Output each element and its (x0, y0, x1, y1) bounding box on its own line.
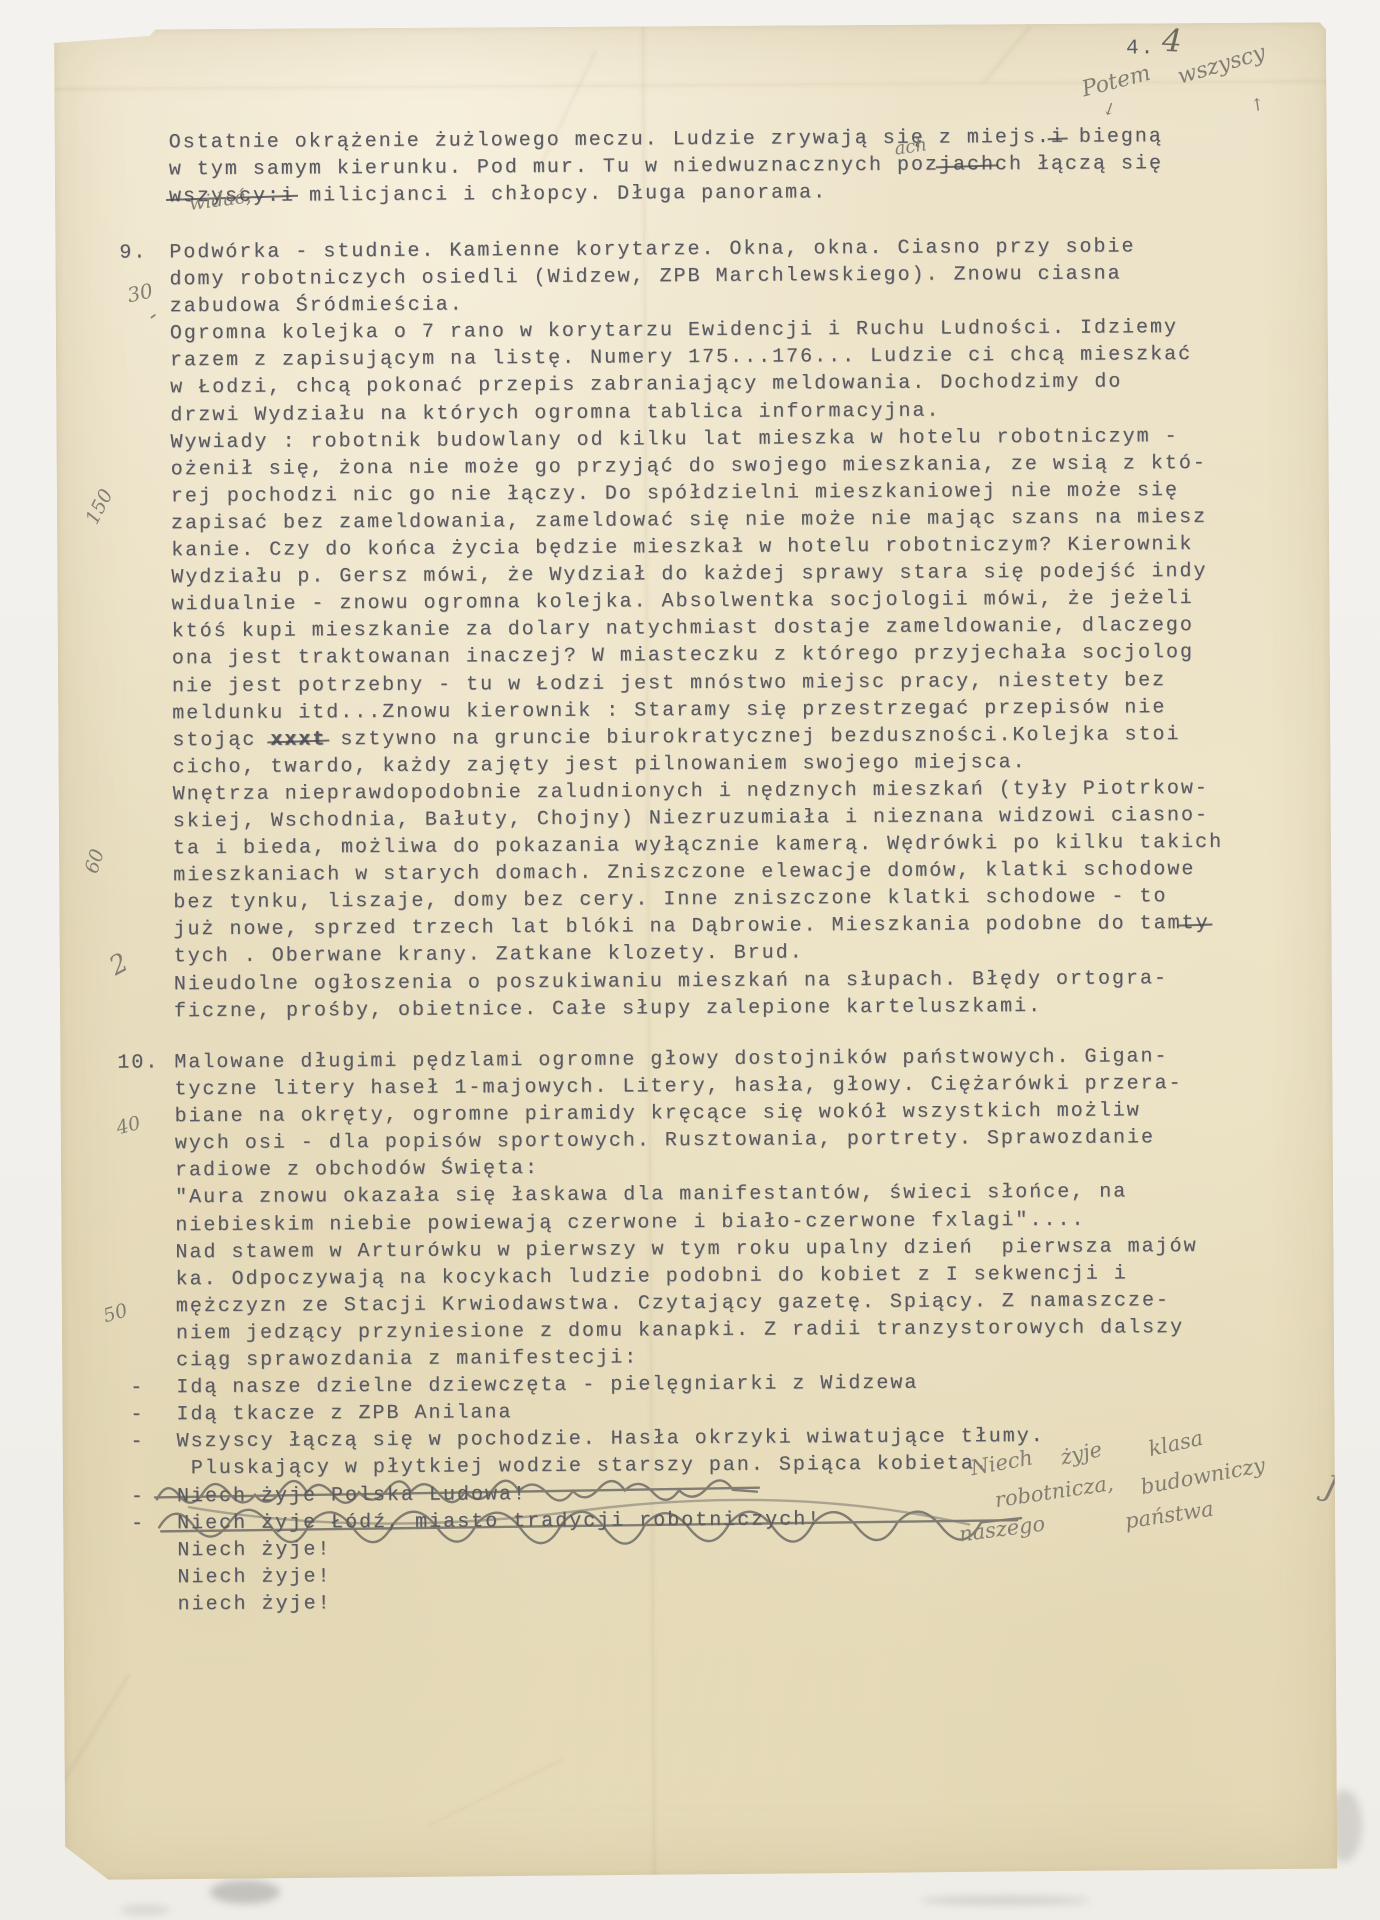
typed-text: xxxt (270, 728, 326, 751)
typed-text: wych osi - dla popisów sportowych. Ruszt… (175, 1127, 1155, 1156)
typed-text: mieszkaniach w starych domach. Zniszczon… (173, 858, 1195, 887)
typed-text: Malowane długimi pędzlami ogromne głowy … (174, 1045, 1168, 1074)
smudge-mark (920, 1896, 1090, 1905)
handwritten-annotation: 50 (101, 1299, 130, 1327)
typed-text: ona jest traktowanan inaczej? W miastecz… (172, 641, 1194, 670)
typed-text: Nieudolne ogłoszenia o poszukiwaniu mies… (174, 967, 1168, 996)
typed-text: Idą nasze dzielne dziewczęta - pielęgnia… (176, 1372, 918, 1400)
typed-text: rej pochodzi nic go nie łączy. Do spółdz… (171, 479, 1179, 508)
smudge-mark (210, 1880, 280, 1904)
typed-text: mężczyzn ze Stacji Krwiodawstwa. Czytają… (176, 1289, 1170, 1318)
typed-text: któś kupi mieszkanie za dolary natychmia… (172, 614, 1194, 643)
typed-text: tyczne litery haseł 1-majowych. Litery, … (174, 1072, 1182, 1101)
line-marker: 10. (117, 1049, 159, 1076)
smudge-mark (120, 1905, 170, 1915)
typed-text: ka. Odpoczywają na kocykach ludzie podob… (176, 1262, 1128, 1291)
typed-line: wszyscy:i milicjanci i chłopcy. Długa pa… (169, 176, 1349, 210)
typed-text: ciąg sprawozdania z manifestecji: (176, 1346, 638, 1372)
typed-text: nie jest potrzebny - tu w Łodzi jest mnó… (172, 669, 1166, 698)
typed-text: tych . Oberwane krany. Zatkane klozety. … (174, 942, 804, 969)
typed-text: milicjanci i chłopcy. Długa panorama. (295, 181, 827, 207)
typed-text: cicho, twardo, każdy zajęty jest pilnowa… (172, 751, 1026, 779)
handwritten-annotation: ↓ (1099, 98, 1119, 122)
page-number-typed: 4. (1126, 37, 1155, 60)
line-marker: - (131, 1510, 145, 1537)
page-number-handwritten: 4 (1161, 23, 1182, 60)
typed-text: stojąc (172, 728, 270, 752)
typed-text: jach (939, 153, 995, 176)
typed-text: drzwi Wydziału na których ogromna tablic… (170, 399, 940, 427)
typed-text: kanie. Czy do końca życia będzie mieszka… (171, 533, 1193, 562)
typed-text: razem z zapisującym na listę. Numery 175… (170, 343, 1192, 372)
typed-text: zapisać bez zameldowania, zameldować się… (171, 506, 1207, 535)
typed-text: w Łodzi, chcą pokonać przepis zabraniają… (170, 371, 1122, 400)
typed-line: ficzne, prośby, obietnice. Całe słupy za… (174, 991, 1354, 1025)
typed-text: niebieskim niebie powiewają czerwone i b… (175, 1208, 1085, 1237)
line-marker: - (130, 1402, 144, 1429)
typed-text: Podwórka - studnie. Kamienne korytarze. … (169, 235, 1135, 264)
typed-text: Ogromna kolejka o 7 rano w korytarzu Ewi… (170, 316, 1178, 345)
typed-text: "Aura znowu okazała się łaskawa dla mani… (175, 1181, 1127, 1210)
typed-text: i (1051, 126, 1065, 149)
typed-text: meldunku itd...Znowu kierownik : Staramy… (172, 696, 1166, 725)
line-marker: - (131, 1483, 145, 1510)
typed-text: ty (1182, 912, 1210, 935)
typed-text: sztywno na gruncie biurokratycznej bezdu… (326, 723, 1180, 751)
typed-text: ożenił się, żona nie może go przyjąć do … (171, 452, 1207, 481)
typed-text: biegną (1065, 125, 1163, 149)
crease-line (54, 80, 1326, 90)
paper-sheet: 4. 4 Ostatnie okrążenie żużlowego meczu.… (54, 22, 1337, 1880)
typed-text: wszyscy:i (169, 185, 295, 209)
handwritten-annotation: 40 (114, 1112, 143, 1139)
typed-text: bez tynku, liszaje, domy bez cery. Inne … (173, 885, 1167, 914)
typed-text: biane na okręty, ogromne piramidy kręcąc… (175, 1100, 1141, 1129)
handwritten-annotation: ↑ (1249, 95, 1266, 117)
handwritten-annotation: 60 (81, 846, 109, 876)
text-block: Ostatnie okrążenie żużlowego meczu. Ludz… (169, 122, 1349, 210)
typed-text: domy robotniczych osiedli (Widzew, ZPB M… (169, 263, 1121, 292)
typed-text: Wszyscy łączą się w pochodzie. Hasła okr… (177, 1425, 1045, 1453)
handwritten-annotation: 2 (105, 948, 134, 982)
typed-text: ch łączą się (995, 152, 1163, 176)
crease-line (983, 26, 1030, 83)
handwritten-annotation: 30 (125, 278, 155, 307)
typed-text: niech żyje! (178, 1592, 332, 1616)
scan-background: 4. 4 Ostatnie okrążenie żużlowego meczu.… (0, 0, 1380, 1920)
handwritten-annotation: 150 (81, 486, 117, 528)
typed-text: zabudowa Śródmieścia. (170, 294, 464, 319)
line-marker: 9. (119, 239, 147, 266)
typed-line: niech żyje! (178, 1584, 1358, 1618)
typed-text: Idą tkacze z ZPB Anilana (176, 1401, 512, 1426)
line-marker: - (131, 1429, 145, 1456)
line-marker: - (130, 1375, 144, 1402)
typed-text: ta i bieda, możliwa do pokazania wyłączn… (173, 831, 1223, 860)
typed-text: Wydziału p. Gersz mówi, że Wydział do ka… (171, 560, 1207, 589)
typed-text: Wnętrza nieprawdopodobnie zaludnionych i… (173, 777, 1209, 806)
typed-text: w tym samym kierunku. Pod mur. Tu w nied… (169, 154, 939, 182)
handwritten-annotation: - (143, 303, 164, 328)
typed-text: Wywiady : robotnik budowlany od kilku la… (170, 425, 1178, 454)
typed-text: widualnie - znowu ogromna kolejka. Absol… (171, 587, 1193, 616)
typed-text: niem jedzący przyniesione z domu kanapki… (176, 1316, 1184, 1345)
crease-line (428, 1758, 563, 1826)
text-block: 9.Podwórka - studnie. Kamienne korytarze… (169, 232, 1354, 1025)
typed-text: Ostatnie okrążenie żużlowego meczu. Ludz… (169, 126, 1051, 154)
typed-text: Niech żyje! (177, 1565, 331, 1589)
typed-text: ficzne, prośby, obietnice. Całe słupy za… (174, 995, 1042, 1023)
typed-text: skiej, Wschodnia, Bałuty, Chojny) Niezru… (173, 804, 1209, 833)
pen-scribble-strike (149, 1472, 1050, 1562)
typed-text: Nad stawem w Arturówku w pierwszy w tym … (175, 1235, 1197, 1264)
typed-text: radiowe z obchodów Święta: (175, 1157, 539, 1182)
crease-line (29, 1673, 130, 1836)
typed-text: już nowe, sprzed trzech lat blóki na Dąb… (173, 912, 1181, 941)
